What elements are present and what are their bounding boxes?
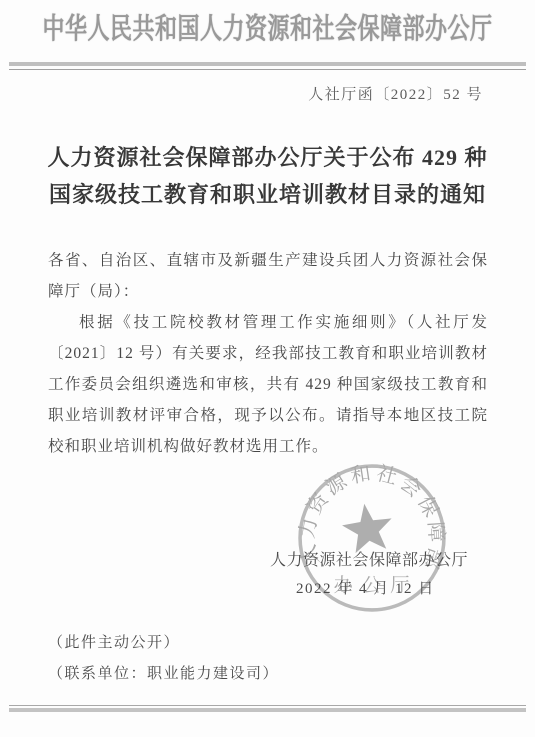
note-contact-unit: （联系单位：职业能力建设司） bbox=[48, 662, 279, 683]
signature-issuer: 人力资源社会保障部办公厅 bbox=[270, 547, 468, 570]
footer-rule-thick bbox=[9, 708, 526, 712]
signature-date: 2022 年 4 月 12 日 bbox=[296, 577, 435, 598]
document-number: 人社厅函〔2022〕52 号 bbox=[308, 83, 483, 104]
note-public-disclosure: （此件主动公开） bbox=[48, 631, 180, 652]
document-title-line1: 人力资源社会保障部办公厅关于公布 429 种 bbox=[0, 139, 535, 176]
document-title-line2: 国家级技工教育和职业培训教材目录的通知 bbox=[0, 176, 535, 213]
footer-rule-thin bbox=[9, 705, 526, 706]
header-rule-thick bbox=[9, 62, 526, 66]
document-body: 各省、自治区、直辖市及新疆生产建设兵团人力资源社会保障厅（局）： 根据《技工院校… bbox=[48, 245, 488, 462]
document-page: 中华人民共和国人力资源和社会保障部办公厅 人社厅函〔2022〕52 号 人力资源… bbox=[0, 0, 535, 737]
salutation-paragraph: 各省、自治区、直辖市及新疆生产建设兵团人力资源社会保障厅（局）： bbox=[48, 245, 488, 307]
document-title: 人力资源社会保障部办公厅关于公布 429 种 国家级技工教育和职业培训教材目录的… bbox=[0, 139, 535, 213]
masthead-issuer: 中华人民共和国人力资源和社会保障部办公厅 bbox=[0, 7, 535, 47]
header-rule-thin bbox=[9, 69, 526, 70]
body-paragraph: 根据《技工院校教材管理工作实施细则》（人社厅发〔2021〕12 号）有关要求，经… bbox=[48, 307, 488, 462]
